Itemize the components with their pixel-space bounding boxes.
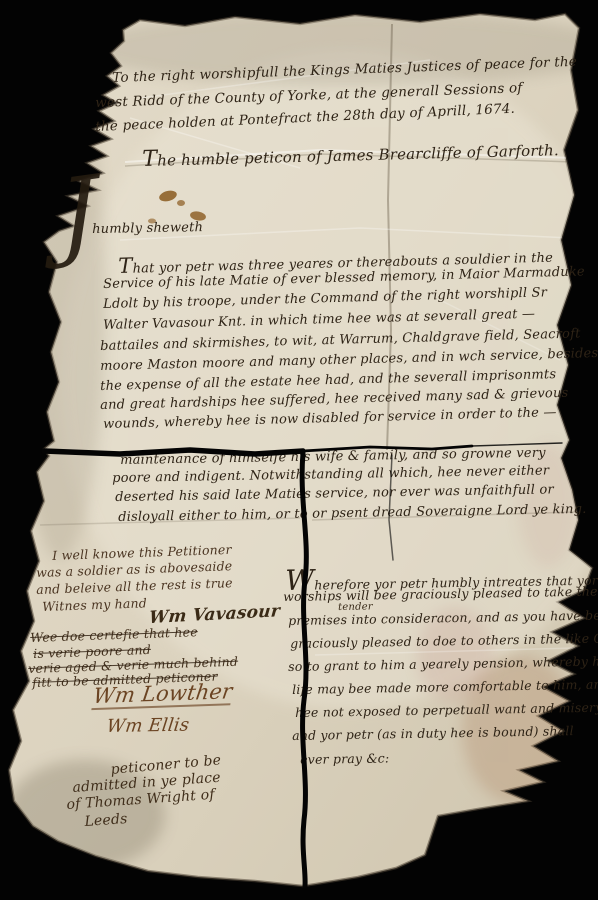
wherefore-line-6: life may bee made more comfortable to hi… [292, 676, 598, 697]
margin-signature-vavasour: Wm Vavasour [148, 601, 281, 628]
certification-line-1: Wee doe certefie that hee [30, 624, 198, 645]
wherefore-line-8: and yor petr (as in duty hee is bound) s… [292, 723, 574, 743]
body-line-13: disloyall either to him, or to or psent … [118, 502, 587, 525]
wherefore-line-7: hee not exposed to perpetuall want and m… [295, 700, 598, 720]
salutation: humbly sheweth [92, 220, 203, 237]
cert-signature-ellis: Wm Ellis [105, 715, 190, 737]
margin-note-line-4: Witnes my hand [42, 595, 147, 614]
manuscript-photograph: To the right worshipfull the Kings Matie… [0, 0, 598, 900]
initial-flourish: J [58, 173, 99, 255]
wherefore-line-9: ever pray &c: [300, 750, 389, 767]
wherefore-line-5: so to grant to him a yearely pension, wh… [288, 653, 598, 674]
handwritten-text-layer: To the right worshipfull the Kings Matie… [0, 0, 598, 900]
cert-signature-lowther: Wm Lowther [91, 679, 234, 710]
body-line-12: deserted his said late Maties service, n… [115, 482, 554, 505]
wherefore-line-4: graciously pleased to doe to others in t… [290, 630, 598, 651]
wherefore-line-3: premises into consideracon, and as you h… [288, 607, 598, 628]
bottom-note-line-4: Leeds [84, 811, 128, 830]
petition-title: The humble peticon of James Brearcliffe … [142, 136, 559, 172]
